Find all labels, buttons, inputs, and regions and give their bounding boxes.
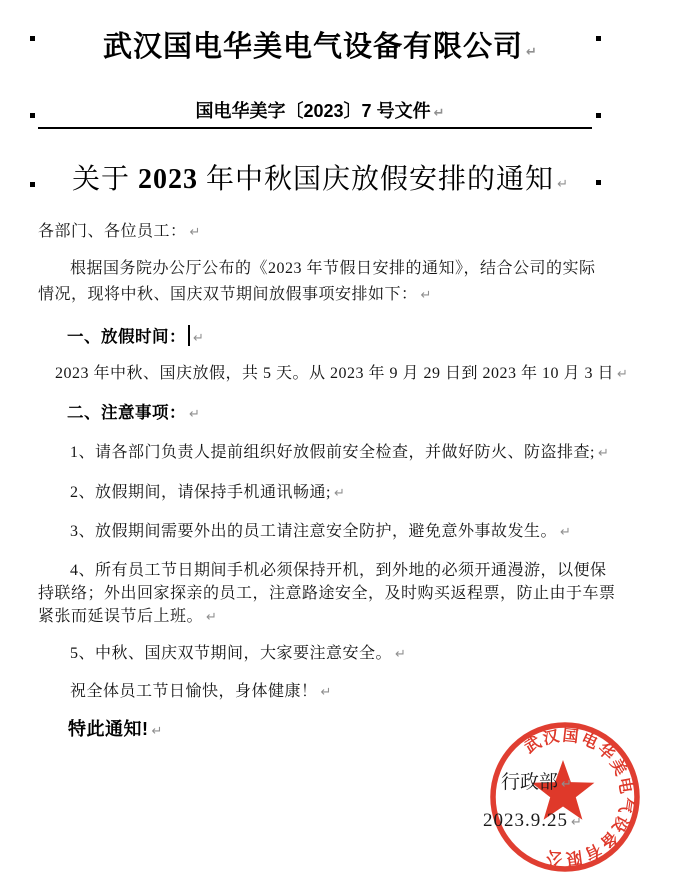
paragraph-mark-icon: ↵ (334, 486, 345, 501)
paragraph-mark-icon: ↵ (434, 106, 445, 121)
paragraph-mark-icon: ↵ (617, 367, 628, 382)
well-wish-text: 祝全体员工节日愉快，身体健康！ (70, 683, 318, 700)
paragraph-mark-icon: ↵ (598, 446, 609, 461)
paragraph-mark-icon: ↵ (152, 724, 163, 739)
paragraph-mark-icon: ↵ (557, 177, 568, 192)
notice-title-line[interactable]: 关于 2023 年中秋国庆放假安排的通知↵ (0, 157, 640, 197)
paragraph-mark-icon: ↵ (526, 45, 537, 60)
salutation-text: 各部门、各位员工： (38, 223, 187, 240)
notice-item-1[interactable]: 1、请各部门负责人提前组织好放假前安全检查，并做好防火、防盗排查;↵ (70, 443, 609, 463)
paragraph-mark-icon: ↵ (206, 610, 217, 625)
item5-text: 5、中秋、国庆双节期间，大家要注意安全。 (70, 645, 392, 662)
department-signature-line[interactable]: 行政部↵ (501, 767, 572, 794)
well-wish-line[interactable]: 祝全体员工节日愉快，身体健康！↵ (70, 682, 331, 702)
notice-title-year: 2023 (138, 164, 198, 195)
salutation-line[interactable]: 各部门、各位员工：↵ (38, 222, 200, 242)
text-cursor-caret (188, 325, 190, 346)
doc-number-text: 国电华美字〔2023〕7 号文件 (196, 101, 431, 121)
item1-text: 1、请各部门负责人提前组织好放假前安全检查，并做好防火、防盗排查; (70, 444, 595, 461)
notice-title-prefix: 关于 (72, 164, 138, 195)
doc-number-line[interactable]: 国电华美字〔2023〕7 号文件↵ (0, 97, 640, 123)
intro-text-2: 情况，现将中秋、国庆双节期间放假事项安排如下： (38, 286, 418, 303)
intro-line-2[interactable]: 情况，现将中秋、国庆双节期间放假事项安排如下：↵ (38, 285, 431, 305)
section1-title-line[interactable]: 一、放假时间：↵ (67, 325, 204, 348)
item4-text-1: 4、所有员工节日期间手机必须保持开机，到外地的必须开通漫游，以便保 (70, 562, 607, 579)
date-text: 2023.9.25 (483, 810, 568, 831)
item3-text: 3、放假期间需要外出的员工请注意安全防护，避免意外事故发生。 (70, 523, 557, 540)
item4-text-3: 紧张而延误节后上班。 (38, 608, 203, 625)
paragraph-mark-icon: ↵ (561, 777, 572, 792)
holiday-dates-text: 2023 年中秋、国庆放假，共 5 天。从 2023 年 9 月 29 日到 2… (55, 365, 614, 382)
company-title-line[interactable]: 武汉国电华美电气设备有限公司↵ (0, 24, 640, 65)
department-text: 行政部 (501, 772, 558, 793)
notice-item-4-line-1[interactable]: 4、所有员工节日期间手机必须保持开机，到外地的必须开通漫游，以便保 (70, 561, 607, 581)
notice-item-2[interactable]: 2、放假期间，请保持手机通讯畅通;↵ (70, 483, 345, 503)
document-page[interactable]: 武汉国电华美电气设备有限公司↵ 国电华美字〔2023〕7 号文件↵ 关于 202… (0, 0, 695, 876)
paragraph-mark-icon: ↵ (321, 685, 332, 700)
company-title-text: 武汉国电华美电气设备有限公司 (103, 31, 523, 63)
paragraph-mark-icon: ↵ (190, 225, 201, 240)
paragraph-mark-icon: ↵ (571, 815, 582, 830)
notice-title-suffix: 年中秋国庆放假安排的通知 (198, 164, 554, 195)
paragraph-mark-icon: ↵ (421, 288, 432, 303)
closing-line[interactable]: 特此通知!↵ (68, 718, 162, 741)
paragraph-mark-icon: ↵ (189, 407, 200, 422)
date-signature-line[interactable]: 2023.9.25↵ (483, 810, 582, 832)
section2-title-text: 二、注意事项： (67, 404, 186, 422)
seal-svg: 武汉国电华美电气设备有限公司 (488, 721, 643, 876)
intro-line-1[interactable]: 根据国务院办公厅公布的《2023 年节假日安排的通知》，结合公司的实际 (70, 259, 596, 279)
notice-item-3[interactable]: 3、放假期间需要外出的员工请注意安全防护，避免意外事故发生。↵ (70, 522, 571, 542)
company-seal-stamp: 武汉国电华美电气设备有限公司 (488, 721, 643, 876)
item2-text: 2、放假期间，请保持手机通讯畅通; (70, 484, 331, 501)
notice-item-4-line-3[interactable]: 紧张而延误节后上班。↵ (38, 607, 217, 627)
holiday-dates-line[interactable]: 2023 年中秋、国庆放假，共 5 天。从 2023 年 9 月 29 日到 2… (55, 364, 628, 384)
paragraph-mark-icon: ↵ (193, 331, 204, 346)
notice-item-4-line-2[interactable]: 持联络；外出回家探亲的员工，注意路途安全，及时购买返程票，防止由于车票 (38, 584, 616, 604)
intro-text-1: 根据国务院办公厅公布的《2023 年节假日安排的通知》，结合公司的实际 (70, 260, 596, 277)
notice-item-5[interactable]: 5、中秋、国庆双节期间，大家要注意安全。↵ (70, 644, 406, 664)
item4-text-2: 持联络；外出回家探亲的员工，注意路途安全，及时购买返程票，防止由于车票 (38, 585, 616, 602)
section2-title-line[interactable]: 二、注意事项：↵ (67, 403, 200, 424)
letterhead-divider-rule (38, 127, 592, 129)
paragraph-mark-icon: ↵ (560, 525, 571, 540)
closing-text: 特此通知! (68, 719, 149, 739)
section1-title-text: 一、放假时间： (67, 328, 186, 346)
paragraph-mark-icon: ↵ (395, 647, 406, 662)
